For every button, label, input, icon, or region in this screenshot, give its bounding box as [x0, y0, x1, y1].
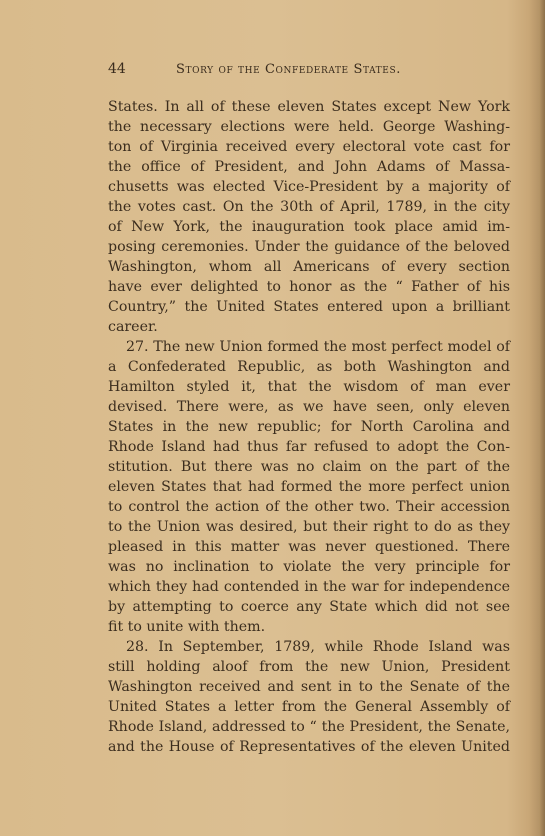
paragraph-continued: States. In all of these eleven States ex… [108, 97, 510, 337]
text-line: was no inclination to violate the very p… [108, 557, 510, 577]
page-edge-shadow [539, 0, 545, 836]
text-line: Country,” the United States entered upon… [108, 297, 510, 317]
body-text: States. In all of these eleven States ex… [108, 97, 510, 757]
text-line: ton of Virginia received every electoral… [108, 137, 510, 157]
running-title: Story of the Confederate States. [176, 62, 401, 77]
text-line: which they had contended in the war for … [108, 577, 510, 597]
text-line: the votes cast. On the 30th of April, 17… [108, 197, 510, 217]
text-line: the necessary elections were held. Georg… [108, 117, 510, 137]
text-line: Rhode Island, addressed to “ the Preside… [108, 717, 510, 737]
text-line: States. In all of these eleven States ex… [108, 97, 510, 117]
text-line: stitution. But there was no claim on the… [108, 457, 510, 477]
text-line: to control the action of the other two. … [108, 497, 510, 517]
text-line: of New York, the inauguration took place… [108, 217, 510, 237]
text-line: chusetts was elected Vice-President by a… [108, 177, 510, 197]
text-line: Hamilton styled it, that the wisdom of m… [108, 377, 510, 397]
text-line: still holding aloof from the new Union, … [108, 657, 510, 677]
text-line: Washington received and sent in to the S… [108, 677, 510, 697]
book-page: 44 Story of the Confederate States. Stat… [0, 0, 545, 836]
text-line: the office of President, and John Adams … [108, 157, 510, 177]
paragraph-27: 27. The new Union formed the most perfec… [108, 337, 510, 637]
text-line: a Confederated Republic, as both Washing… [108, 357, 510, 377]
text-line: career. [108, 317, 510, 337]
paragraph-28: 28. In September, 1789, while Rhode Isla… [108, 637, 510, 757]
page-number: 44 [108, 61, 126, 77]
text-line: Washington, whom all Americans of every … [108, 257, 510, 277]
text-line: fit to unite with them. [108, 617, 510, 637]
text-line: United States a letter from the General … [108, 697, 510, 717]
text-line: pleased in this matter was never questio… [108, 537, 510, 557]
text-line: States in the new republic; for North Ca… [108, 417, 510, 437]
text-line: and the House of Representatives of the … [108, 737, 510, 757]
text-line: eleven States that had formed the more p… [108, 477, 510, 497]
text-line: 28. In September, 1789, while Rhode Isla… [108, 637, 510, 657]
text-line: posing ceremonies. Under the guidance of… [108, 237, 510, 257]
text-line: 27. The new Union formed the most perfec… [108, 337, 510, 357]
text-line: have ever delighted to honor as the “ Fa… [108, 277, 510, 297]
text-line: devised. There were, as we have seen, on… [108, 397, 510, 417]
text-line: Rhode Island had thus far refused to ado… [108, 437, 510, 457]
text-line: by attempting to coerce any State which … [108, 597, 510, 617]
text-line: to the Union was desired, but their righ… [108, 517, 510, 537]
